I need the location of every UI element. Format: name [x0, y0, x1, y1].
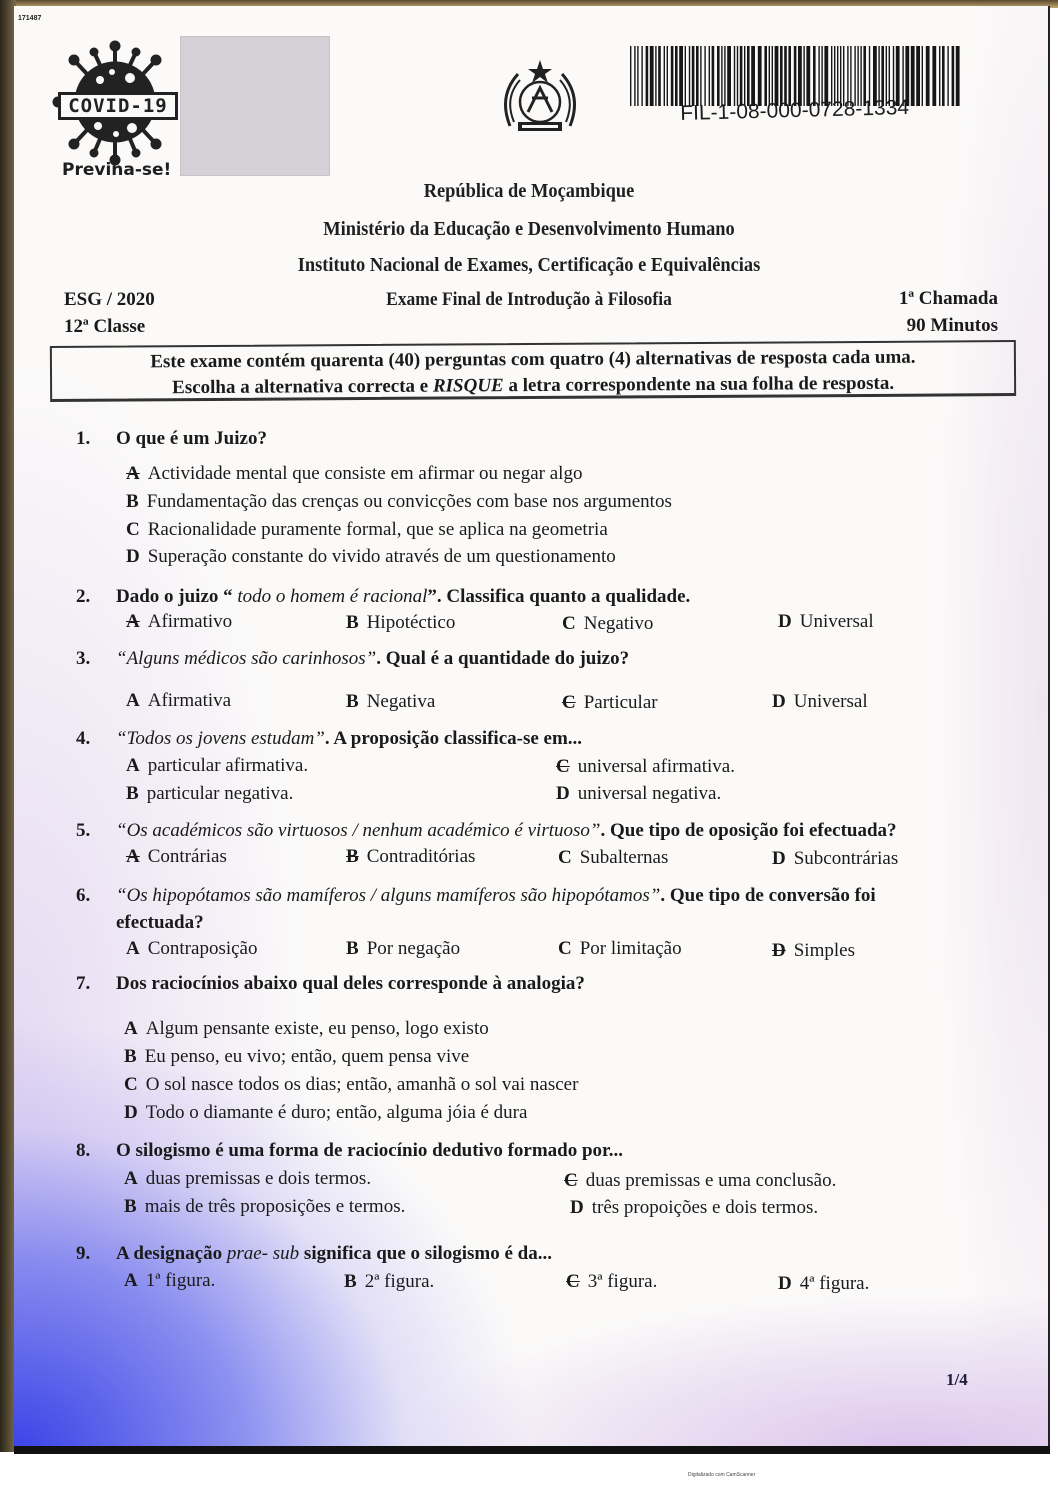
option-letter: A	[126, 846, 140, 867]
option-text: três propoições e dois termos.	[592, 1197, 818, 1218]
option-letter: D	[124, 1102, 138, 1123]
option-letter: B	[124, 1046, 137, 1067]
option-text: Por limitação	[580, 938, 682, 959]
option-text: Afirmativo	[148, 611, 232, 632]
institute-name: Instituto Nacional de Exames, Certificaç…	[42, 254, 1015, 277]
option-d: DTodo o diamante é duro; então, alguma j…	[124, 1102, 527, 1124]
option-text: Simples	[794, 940, 855, 961]
instructions-box: Este exame contém quarenta (40) pergunta…	[50, 340, 1016, 402]
question-text: Dos raciocínios abaixo qual deles corres…	[116, 973, 585, 995]
option-a: AContrárias	[126, 846, 227, 868]
option-letter: C	[556, 756, 570, 777]
option-letter: B	[344, 1271, 357, 1292]
option-letter: C	[558, 847, 572, 868]
question-text: A designação prae- sub significa que o s…	[116, 1243, 552, 1265]
scan-edge-bottom	[14, 1446, 1050, 1454]
option-text: Por negação	[367, 938, 460, 959]
option-letter: B	[346, 846, 359, 867]
option-text: Eu penso, eu vivo; então, quem pensa viv…	[145, 1046, 470, 1067]
option-letter: D	[126, 546, 140, 567]
scanner-watermark: Digitalizado com CamScanner	[688, 1472, 755, 1478]
option-letter: B	[126, 783, 139, 804]
option-d: Duniversal negativa.	[556, 783, 721, 805]
option-text: mais de três proposições e termos.	[145, 1196, 406, 1217]
covid-label: COVID-19	[58, 92, 178, 120]
option-text: Contraditórias	[367, 846, 476, 867]
option-letter: D	[778, 611, 792, 632]
option-letter: C	[566, 1271, 580, 1292]
option-d: DUniversal	[772, 691, 868, 713]
option-letter: A	[126, 938, 140, 959]
duration: 90 Minutos	[907, 315, 998, 337]
option-letter: B	[124, 1196, 137, 1217]
question-number: 8.	[76, 1140, 90, 1162]
option-b: BContraditórias	[346, 846, 475, 868]
photo-placeholder	[180, 36, 330, 176]
option-letter: D	[556, 783, 570, 804]
option-text: Racionalidade puramente formal, que se a…	[148, 519, 608, 540]
option-text: Superação constante do vivido através de…	[148, 546, 616, 567]
option-a: Aparticular afirmativa.	[126, 755, 308, 777]
option-c: CParticular	[562, 692, 658, 714]
question-number: 5.	[76, 820, 90, 842]
option-text: Subalternas	[580, 847, 669, 868]
option-text: 4ª figura.	[800, 1273, 870, 1294]
option-letter: A	[124, 1018, 138, 1039]
option-c: CO sol nasce todos os dias; então, amanh…	[124, 1074, 578, 1096]
option-text: Subcontrárias	[794, 848, 898, 869]
option-letter: C	[564, 1170, 578, 1191]
reference-code: 171487	[18, 15, 41, 22]
option-d: DSimples	[772, 940, 855, 962]
question-text: “Os hipopótamos são mamíferos / alguns m…	[116, 885, 876, 907]
option-d: D4ª figura.	[778, 1273, 869, 1295]
option-a: AActividade mental que consiste em afirm…	[126, 463, 582, 485]
option-letter: D	[772, 691, 786, 712]
option-text: Actividade mental que consiste em afirma…	[148, 463, 583, 484]
option-c: CNegativo	[562, 613, 653, 635]
question-number: 2.	[76, 586, 90, 608]
question-number: 7.	[76, 973, 90, 995]
question-text: “Os académicos são virtuosos / nenhum ac…	[116, 820, 897, 842]
option-text: Particular	[584, 692, 658, 713]
option-letter: C	[124, 1074, 138, 1095]
option-text: Todo o diamante é duro; então, alguma jó…	[146, 1102, 528, 1123]
option-text: Universal	[794, 691, 868, 712]
option-c: CPor limitação	[558, 938, 682, 960]
covid-slogan: Previna-se!	[62, 160, 171, 180]
option-letter: B	[346, 612, 359, 633]
option-d: Dtrês propoições e dois termos.	[570, 1197, 818, 1219]
option-letter: B	[126, 491, 139, 512]
option-d: DSubcontrárias	[772, 848, 898, 870]
option-d: DUniversal	[778, 611, 874, 633]
option-text: duas premissas e dois termos.	[146, 1168, 371, 1189]
option-letter: A	[126, 463, 140, 484]
option-letter: C	[562, 613, 576, 634]
option-letter: A	[124, 1168, 138, 1189]
option-text: particular afirmativa.	[148, 755, 308, 776]
option-letter: D	[772, 848, 786, 869]
option-text: Afirmativa	[148, 690, 231, 711]
option-text: particular negativa.	[147, 783, 294, 804]
option-text: O sol nasce todos os dias; então, amanhã…	[146, 1074, 579, 1095]
covid-badge: COVID-19	[50, 40, 180, 180]
question-number: 6.	[76, 885, 90, 907]
option-b: BFundamentação das crenças ou convicções…	[126, 491, 672, 513]
option-c: Cduas premissas e uma conclusão.	[564, 1170, 836, 1192]
question-text: “Alguns médicos são carinhosos”. Qual é …	[116, 648, 629, 670]
option-text: Negativo	[584, 613, 654, 634]
option-letter: D	[778, 1273, 792, 1294]
option-text: duas premissas e uma conclusão.	[586, 1170, 837, 1191]
question-text: “Todos os jovens estudam”. A proposição …	[116, 728, 582, 750]
grade: 12ª Classe	[64, 316, 145, 338]
national-emblem-icon	[492, 56, 588, 144]
option-letter: C	[126, 519, 140, 540]
option-text: 1ª figura.	[146, 1270, 216, 1291]
option-b: Bparticular negativa.	[126, 783, 293, 805]
option-letter: D	[570, 1197, 584, 1218]
option-c: CSubalternas	[558, 847, 668, 869]
question-number: 4.	[76, 728, 90, 750]
option-c: C3ª figura.	[566, 1271, 657, 1293]
option-letter: A	[124, 1270, 138, 1291]
option-text: Universal	[800, 611, 874, 632]
question-text-continued: efectuada?	[116, 912, 204, 934]
exam-call: 1ª Chamada	[899, 288, 998, 310]
option-letter: D	[772, 940, 786, 961]
option-text: Contraposição	[148, 938, 258, 959]
option-letter: B	[346, 691, 359, 712]
option-text: 2ª figura.	[365, 1271, 435, 1292]
option-b: BNegativa	[346, 691, 435, 713]
option-text: universal afirmativa.	[578, 756, 735, 777]
country-name: República de Moçambique	[42, 180, 1015, 203]
option-c: Cuniversal afirmativa.	[556, 756, 735, 778]
option-letter: C	[562, 692, 576, 713]
option-b: BPor negação	[346, 938, 460, 960]
option-letter: A	[126, 611, 140, 632]
page-number: 1/4	[946, 1370, 968, 1390]
question-text: O silogismo é uma forma de raciocínio de…	[116, 1140, 623, 1162]
exam-title: Exame Final de Introdução à Filosofia	[42, 289, 1015, 311]
question-number: 9.	[76, 1243, 90, 1265]
option-b: BHipotéctico	[346, 612, 455, 634]
exam-level: ESG / 2020	[64, 289, 155, 311]
question-number: 3.	[76, 648, 90, 670]
option-c: CRacionalidade puramente formal, que se …	[126, 519, 608, 541]
ministry-name: Ministério da Educação e Desenvolvimento…	[42, 218, 1015, 241]
option-text: 3ª figura.	[588, 1271, 658, 1292]
option-b: BEu penso, eu vivo; então, quem pensa vi…	[124, 1046, 469, 1068]
option-text: universal negativa.	[578, 783, 722, 804]
option-letter: B	[346, 938, 359, 959]
option-letter: A	[126, 690, 140, 711]
option-b: Bmais de três proposições e termos.	[124, 1196, 405, 1218]
option-a: A1ª figura.	[124, 1270, 215, 1292]
option-text: Contrárias	[148, 846, 227, 867]
question-number: 1.	[76, 428, 90, 450]
question-text: O que é um Juizo?	[116, 428, 267, 450]
option-a: AAfirmativo	[126, 611, 232, 633]
option-text: Hipotéctico	[367, 612, 456, 633]
option-d: DSuperação constante do vivido através d…	[126, 546, 616, 568]
option-text: Negativa	[367, 691, 436, 712]
option-text: Algum pensante existe, eu penso, logo ex…	[146, 1018, 489, 1039]
option-letter: C	[558, 938, 572, 959]
option-letter: A	[126, 755, 140, 776]
question-text: Dado o juizo “ todo o homem é racional”.…	[116, 586, 690, 608]
instructions-emphasis: RISQUE	[433, 375, 504, 396]
option-b: B2ª figura.	[344, 1271, 434, 1293]
option-a: AContraposição	[126, 938, 258, 960]
option-a: AAlgum pensante existe, eu penso, logo e…	[124, 1018, 489, 1040]
option-a: Aduas premissas e dois termos.	[124, 1168, 371, 1190]
option-a: AAfirmativa	[126, 690, 231, 712]
option-text: Fundamentação das crenças ou convicções …	[147, 491, 672, 512]
